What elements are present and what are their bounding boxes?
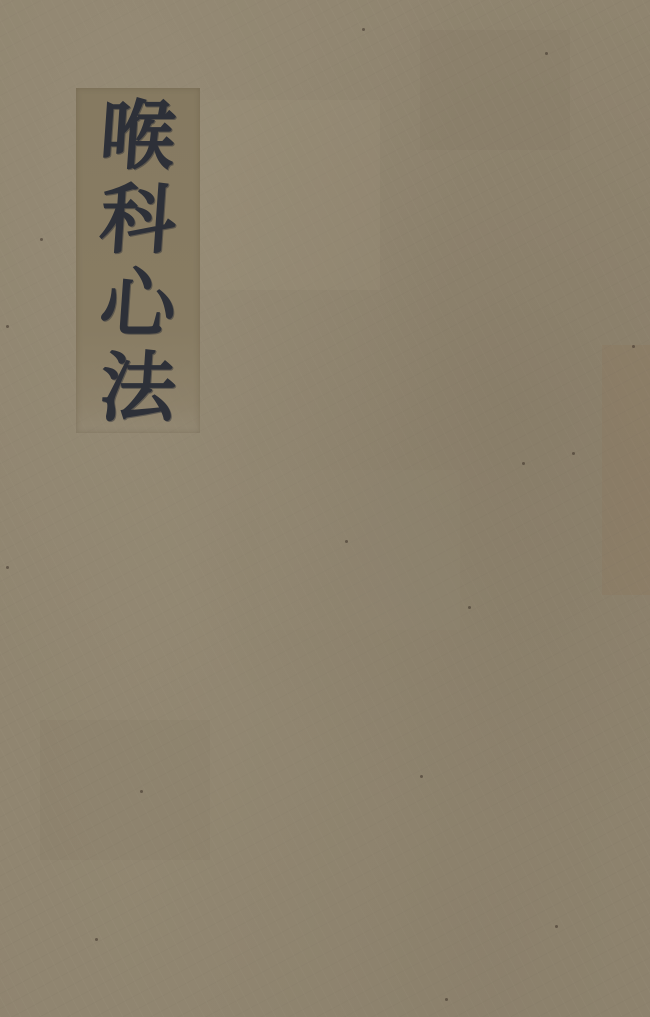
paper-speck [468,606,471,609]
paper-speck [6,566,9,569]
paper-speck [40,238,43,241]
book-title: 喉 科 心 法 [76,94,200,430]
paper-speck [632,345,635,348]
paper-texture-patch [420,30,570,150]
book-cover: 喉 科 心 法 [0,0,650,1017]
paper-speck [555,925,558,928]
paper-speck [95,938,98,941]
title-slip: 喉 科 心 法 [76,88,200,433]
paper-discoloration [602,345,650,595]
title-char-3: 心 [97,262,179,346]
paper-texture-patch [260,470,460,630]
paper-speck [140,790,143,793]
paper-speck [362,28,365,31]
paper-speck [345,540,348,543]
paper-speck [522,462,525,465]
paper-texture-patch [200,100,380,290]
paper-speck [445,998,448,1001]
title-char-4: 法 [97,346,179,430]
paper-speck [572,452,575,455]
paper-speck [545,52,548,55]
title-char-2: 科 [97,178,179,262]
paper-speck [420,775,423,778]
title-char-1: 喉 [97,94,179,178]
paper-texture-patch [40,720,210,860]
paper-speck [6,325,9,328]
